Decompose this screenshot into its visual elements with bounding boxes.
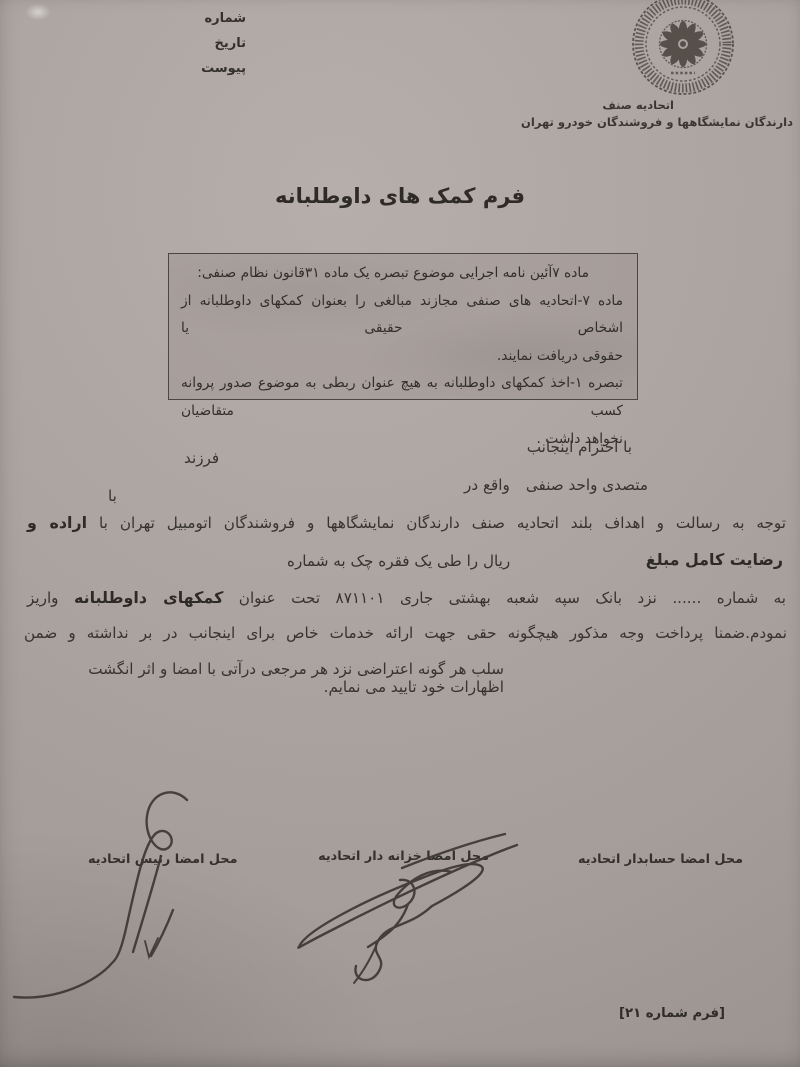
org-name-line1: اتحادیه صنف xyxy=(602,98,674,112)
body-line-3: توجه به رسالت و اهداف بلند اتحادیه صنف د… xyxy=(27,513,786,532)
body-line-3-bold: اراده و xyxy=(27,513,87,532)
notice-line-3: حقوقی دریافت نمایند. xyxy=(181,343,623,371)
accountant-signature-label: محل امضا حسابدار اتحادیه xyxy=(578,852,743,867)
form-title: فرم کمک های داوطلبانه xyxy=(0,184,800,208)
child-of-label: فرزند xyxy=(184,449,219,467)
union-seal-stamp-icon xyxy=(621,0,745,102)
operator-line: متصدی واحد صنفیواقع در xyxy=(464,476,648,494)
legal-notice-box: ماده ۷آئین نامه اجرایی موضوع تبصره یک ما… xyxy=(168,253,638,400)
notice-line-1: ماده ۷آئین نامه اجرایی موضوع تبصره یک ما… xyxy=(181,260,623,288)
body-line-5: به شماره ...... نزد بانک سپه شعبه بهشتی … xyxy=(27,588,786,607)
operator-label: متصدی واحد صنفی xyxy=(526,476,648,494)
treasurer-signature-label: محل امضا خزانه دار اتحادیه xyxy=(318,849,489,864)
ref-field-attachment: پیوست xyxy=(150,56,246,81)
president-signature-label: محل امضا رئیس اتحادیه xyxy=(88,852,238,867)
body-line-6: نمودم.ضمنا پرداخت وجه مذکور هیچگونه حقی … xyxy=(24,624,787,642)
org-name-line2: دارندگان نمایشگاهها و فروشندگان خودرو ته… xyxy=(521,115,793,129)
scanned-paper-background xyxy=(0,0,800,1067)
ref-field-number: شماره xyxy=(150,6,246,31)
notice-line-4: تبصره ۱-اخذ کمکهای داوطلبانه به هیچ عنوا… xyxy=(181,370,623,425)
ref-field-date: تاریخ xyxy=(150,31,246,56)
located-at-label: واقع در xyxy=(464,476,510,494)
deposit-word: واریز xyxy=(27,589,59,607)
with-label: با xyxy=(108,487,117,505)
body-line-7: سلب هر گونه اعتراضی نزد هر مرجعی درآتی ب… xyxy=(34,660,504,696)
rial-cheque-text: ریال را طی یک فقره چک به شماره xyxy=(287,552,510,570)
reference-fields: شماره تاریخ پیوست xyxy=(150,6,246,81)
form-number-note: [فرم شماره ۲۱] xyxy=(619,1006,725,1021)
salutation-text: با احترام اینجانب xyxy=(527,438,632,456)
voluntary-donations-bold: کمکهای داوطلبانه xyxy=(74,588,223,607)
notice-line-2: ماده ۷-اتحادیه های صنفی مجازند مبالغی را… xyxy=(181,288,623,343)
bank-account-text: به شماره ...... نزد بانک سپه شعبه بهشتی … xyxy=(239,589,786,607)
amount-label: رضایت کامل مبلغ xyxy=(646,550,783,569)
body-line-3-text: توجه به رسالت و اهداف بلند اتحادیه صنف د… xyxy=(99,514,786,532)
